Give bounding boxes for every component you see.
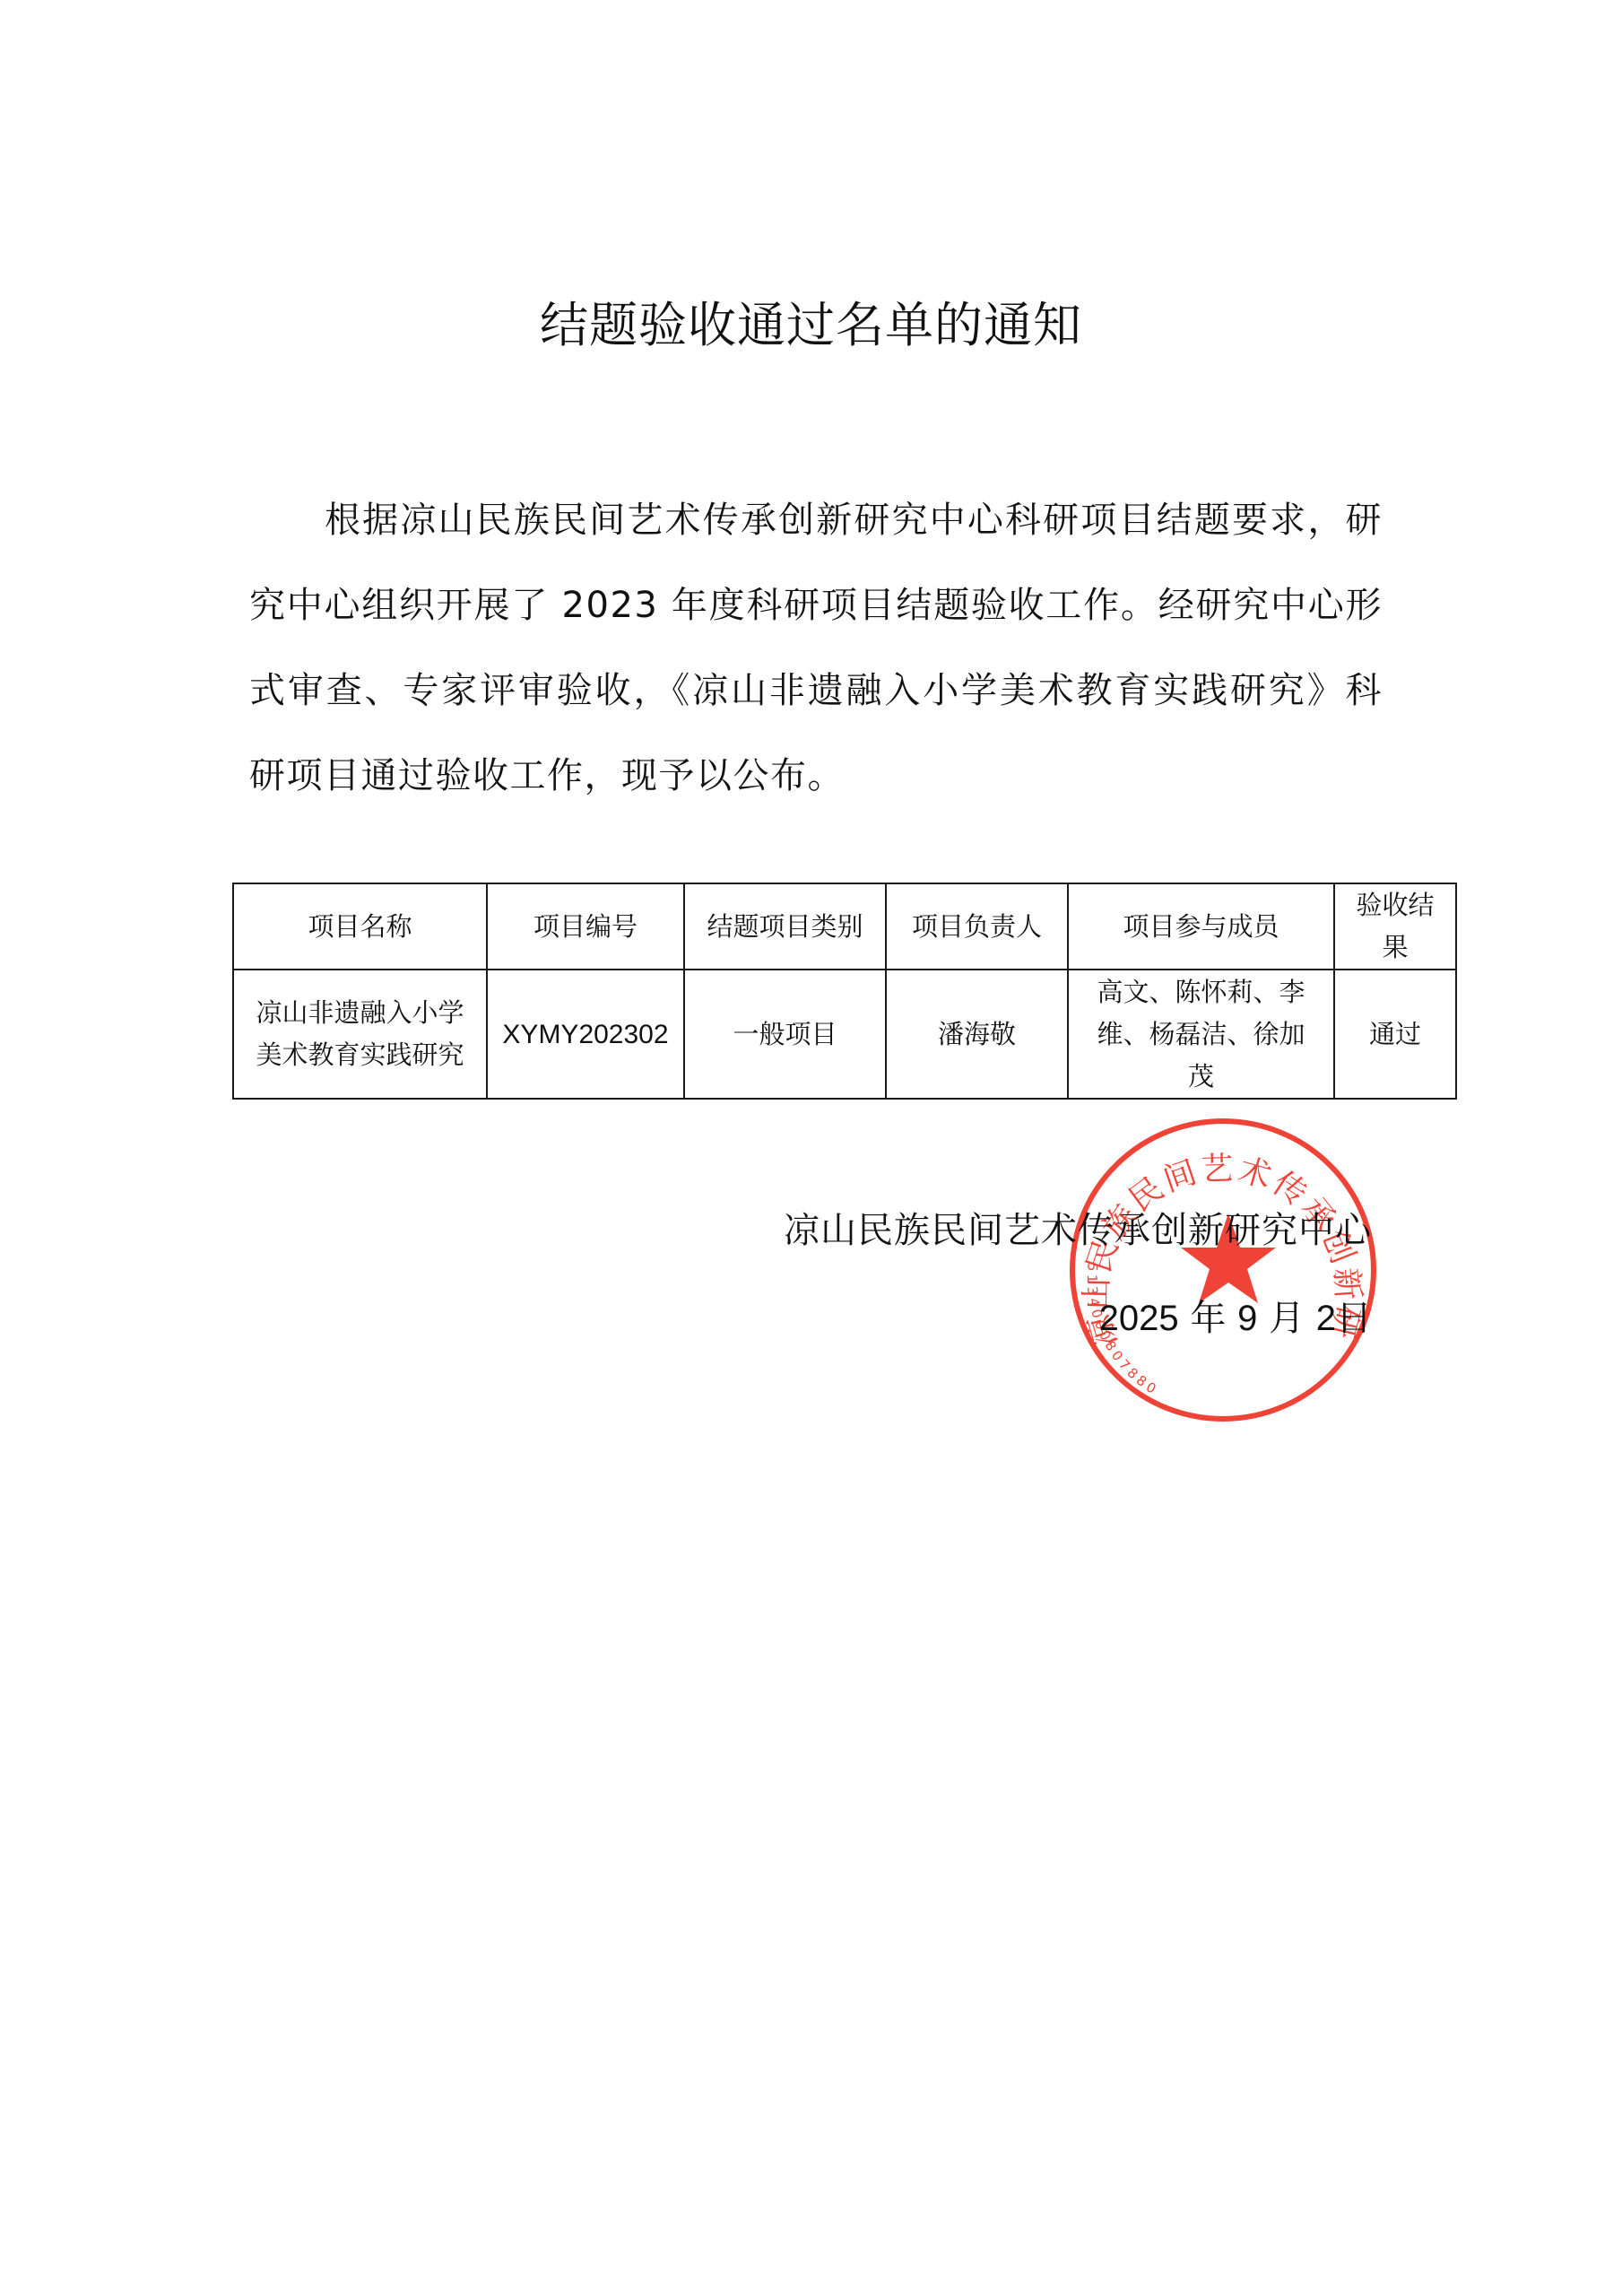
cell-project-code: XYMY202302 <box>487 970 684 1099</box>
date-year-unit: 年 <box>1190 1298 1226 1339</box>
date-day-unit: 日 <box>1336 1298 1372 1339</box>
cell-acceptance-result: 通过 <box>1334 970 1456 1099</box>
header-project-leader: 项目负责人 <box>886 883 1068 970</box>
cell-project-name: 凉山非遗融入小学美术教育实践研究 <box>233 970 487 1099</box>
cell-project-members: 高文、陈怀莉、李维、杨磊洁、徐加茂 <box>1068 970 1334 1099</box>
date-month: 9 <box>1237 1299 1257 1338</box>
notice-body-paragraph: 根据凉山民族民间艺术传承创新研究中心科研项目结题要求，研究中心组织开展了 202… <box>249 478 1383 819</box>
header-project-members: 项目参与成员 <box>1068 883 1334 970</box>
header-project-category: 结题项目类别 <box>684 883 886 970</box>
table-header-row: 项目名称 项目编号 结题项目类别 项目负责人 项目参与成员 验收结果 <box>233 883 1456 970</box>
table-row: 凉山非遗融入小学美术教育实践研究 XYMY202302 一般项目 潘海敬 高文、… <box>233 970 1456 1099</box>
date-year: 2025 <box>1099 1299 1179 1338</box>
header-project-code: 项目编号 <box>487 883 684 970</box>
header-acceptance-result: 验收结果 <box>1334 883 1456 970</box>
official-seal-stamp: 凉山民族民间艺术传承创新研究中心 5134000807880 <box>1067 1117 1381 1426</box>
cell-project-category: 一般项目 <box>684 970 886 1099</box>
header-project-name: 项目名称 <box>233 883 487 970</box>
date-month-unit: 月 <box>1269 1298 1305 1339</box>
date-day: 2 <box>1316 1299 1336 1338</box>
cell-project-leader: 潘海敬 <box>886 970 1068 1099</box>
acceptance-result-table: 项目名称 项目编号 结题项目类别 项目负责人 项目参与成员 验收结果 凉山非遗融… <box>232 883 1457 1100</box>
issuing-organization: 凉山民族民间艺术传承创新研究中心 <box>784 1207 1372 1254</box>
issue-date: 2025 年 9 月 2日 <box>1099 1295 1372 1342</box>
document-title: 结题验收通过名单的通知 <box>0 296 1622 355</box>
seal-icon: 凉山民族民间艺术传承创新研究中心 5134000807880 <box>1067 1117 1381 1426</box>
